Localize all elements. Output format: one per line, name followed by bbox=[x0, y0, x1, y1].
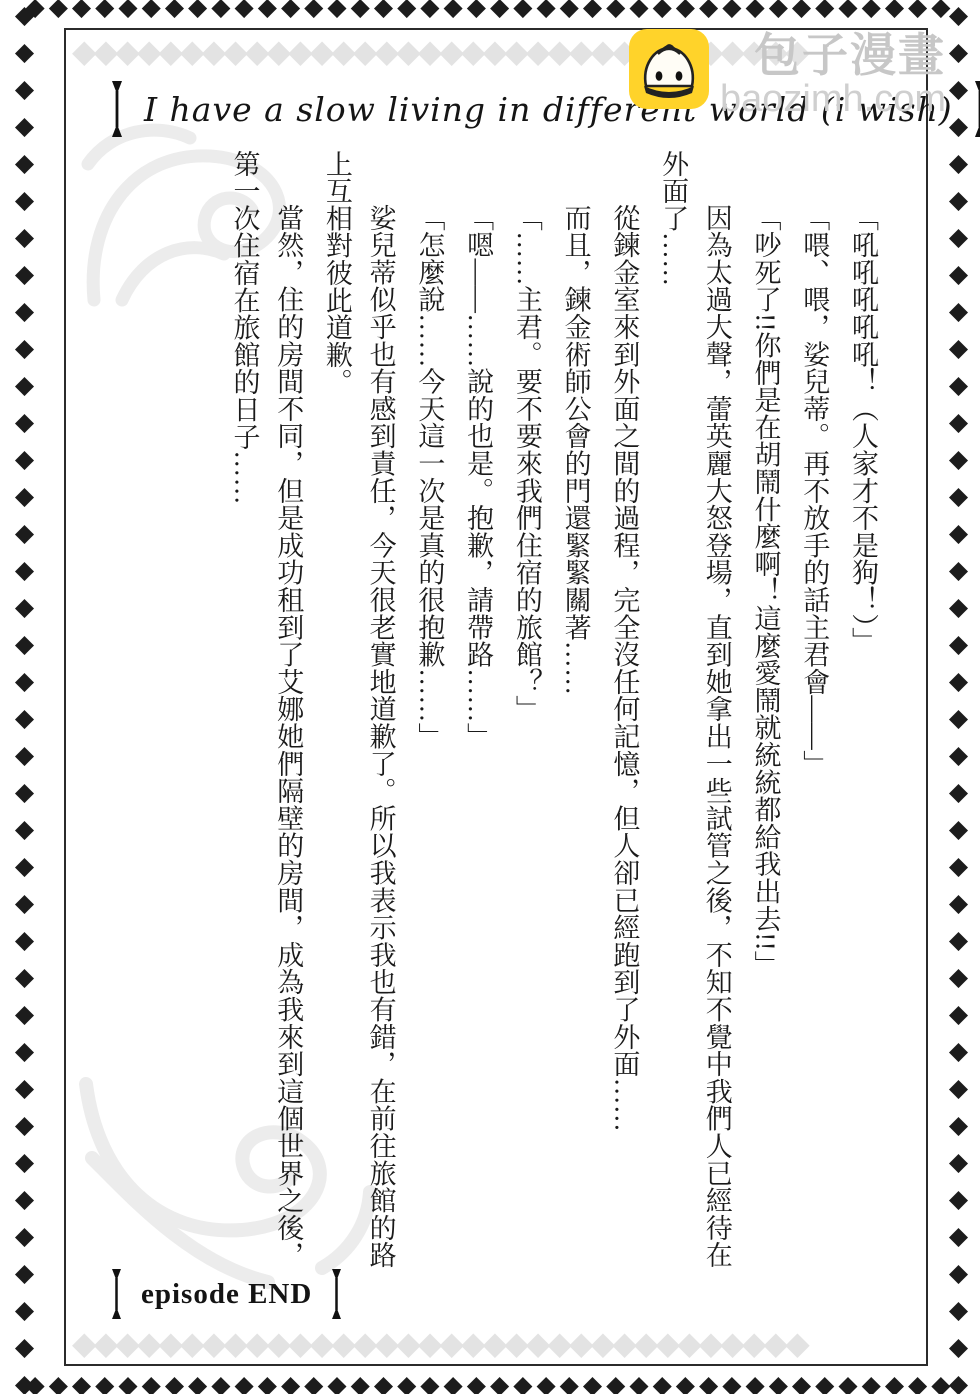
bracket-icon bbox=[110, 81, 124, 137]
episode-end-label: episode END bbox=[141, 1278, 312, 1311]
baozi-face-icon bbox=[628, 28, 710, 110]
narration-line: 因為太過大聲，蕾英麗大怒登場，直到她拿出一些試管之後，不知不覺中我們人已經待在外… bbox=[650, 150, 737, 1269]
episode-end-row: episode END bbox=[110, 1268, 343, 1320]
watermark-domain: baozimh.com bbox=[720, 80, 946, 118]
site-watermark: 包子漫畫 baozimh.com bbox=[628, 28, 946, 118]
narration-line: 當然，住的房間不同，但是成功租到了艾娜她們隔壁的房間，成為我來到這個世界之後，第… bbox=[222, 150, 309, 1269]
dialogue-line: 「喂、喂，娑兒蒂。再不放手的話主君會——」 bbox=[792, 150, 836, 1269]
bracket-icon bbox=[973, 81, 980, 137]
inner-frame: ◆◆◆◆◆◆◆◆◆◆◆◆◆◆◆◆◆◆◆◆◆◆◆◆◆◆◆◆◆◆◆◆◆◆ ◆◆◆◆◆… bbox=[64, 28, 928, 1366]
vertical-text-block: 「吼吼吼吼吼！（人家才不是狗！）」 「喂、喂，娑兒蒂。再不放手的話主君會——」 … bbox=[244, 150, 884, 1269]
ornamental-border-bottom: ◆◆◆◆◆◆◆◆◆◆◆◆◆◆◆◆◆◆◆◆◆◆◆◆◆◆◆◆◆◆◆◆◆◆◆◆◆◆◆◆ bbox=[0, 1371, 980, 1394]
diamond-band-bottom: ◆◆◆◆◆◆◆◆◆◆◆◆◆◆◆◆◆◆◆◆◆◆◆◆◆◆◆◆◆◆◆◆◆◆ bbox=[72, 1324, 920, 1362]
dialogue-line: 「嗯——……說的也是。抱歉，請帶路……」 bbox=[455, 150, 499, 1269]
watermark-brand: 包子漫畫 bbox=[754, 32, 946, 78]
watermark-text: 包子漫畫 baozimh.com bbox=[720, 32, 946, 118]
narration-line: 娑兒蒂似乎也有感到責任，今天很老實地道歉了。所以我表示我也有錯，在前往旅館的路上… bbox=[314, 150, 401, 1269]
dialogue-line: 「吼吼吼吼吼！（人家才不是狗！）」 bbox=[840, 150, 884, 1269]
bracket-icon bbox=[330, 1269, 343, 1319]
bracket-icon bbox=[110, 1269, 123, 1319]
ornamental-border-left: ◆◆◆◆◆◆◆◆◆◆◆◆◆◆◆◆◆◆◆◆◆◆◆◆◆◆◆◆◆◆◆◆◆◆◆◆◆◆◆◆… bbox=[0, 0, 46, 1394]
narration-line: 而且，鍊金術師公會的門還緊緊關著…… bbox=[553, 150, 597, 1269]
ornamental-border-right: ◆◆◆◆◆◆◆◆◆◆◆◆◆◆◆◆◆◆◆◆◆◆◆◆◆◆◆◆◆◆◆◆◆◆◆◆◆◆◆◆… bbox=[934, 0, 980, 1394]
dialogue-line: 「……主君。要不要來我們住宿的旅館？」 bbox=[504, 150, 548, 1269]
ornamental-border-top: ◆◆◆◆◆◆◆◆◆◆◆◆◆◆◆◆◆◆◆◆◆◆◆◆◆◆◆◆◆◆◆◆◆◆◆◆◆◆◆◆ bbox=[0, 0, 980, 23]
dialogue-line: 「怎麼說……今天這一次是真的很抱歉……」 bbox=[407, 150, 451, 1269]
narration-line: 從鍊金室來到外面之間的過程，完全沒任何記憶，但人卻已經跑到了外面…… bbox=[602, 150, 646, 1269]
dialogue-line: 「吵死了!!你們是在胡鬧什麼啊！這麼愛鬧就統統都給我出去!!」 bbox=[743, 150, 787, 1269]
manga-text-page: ◆◆◆◆◆◆◆◆◆◆◆◆◆◆◆◆◆◆◆◆◆◆◆◆◆◆◆◆◆◆◆◆◆◆◆◆◆◆◆◆… bbox=[0, 0, 980, 1394]
